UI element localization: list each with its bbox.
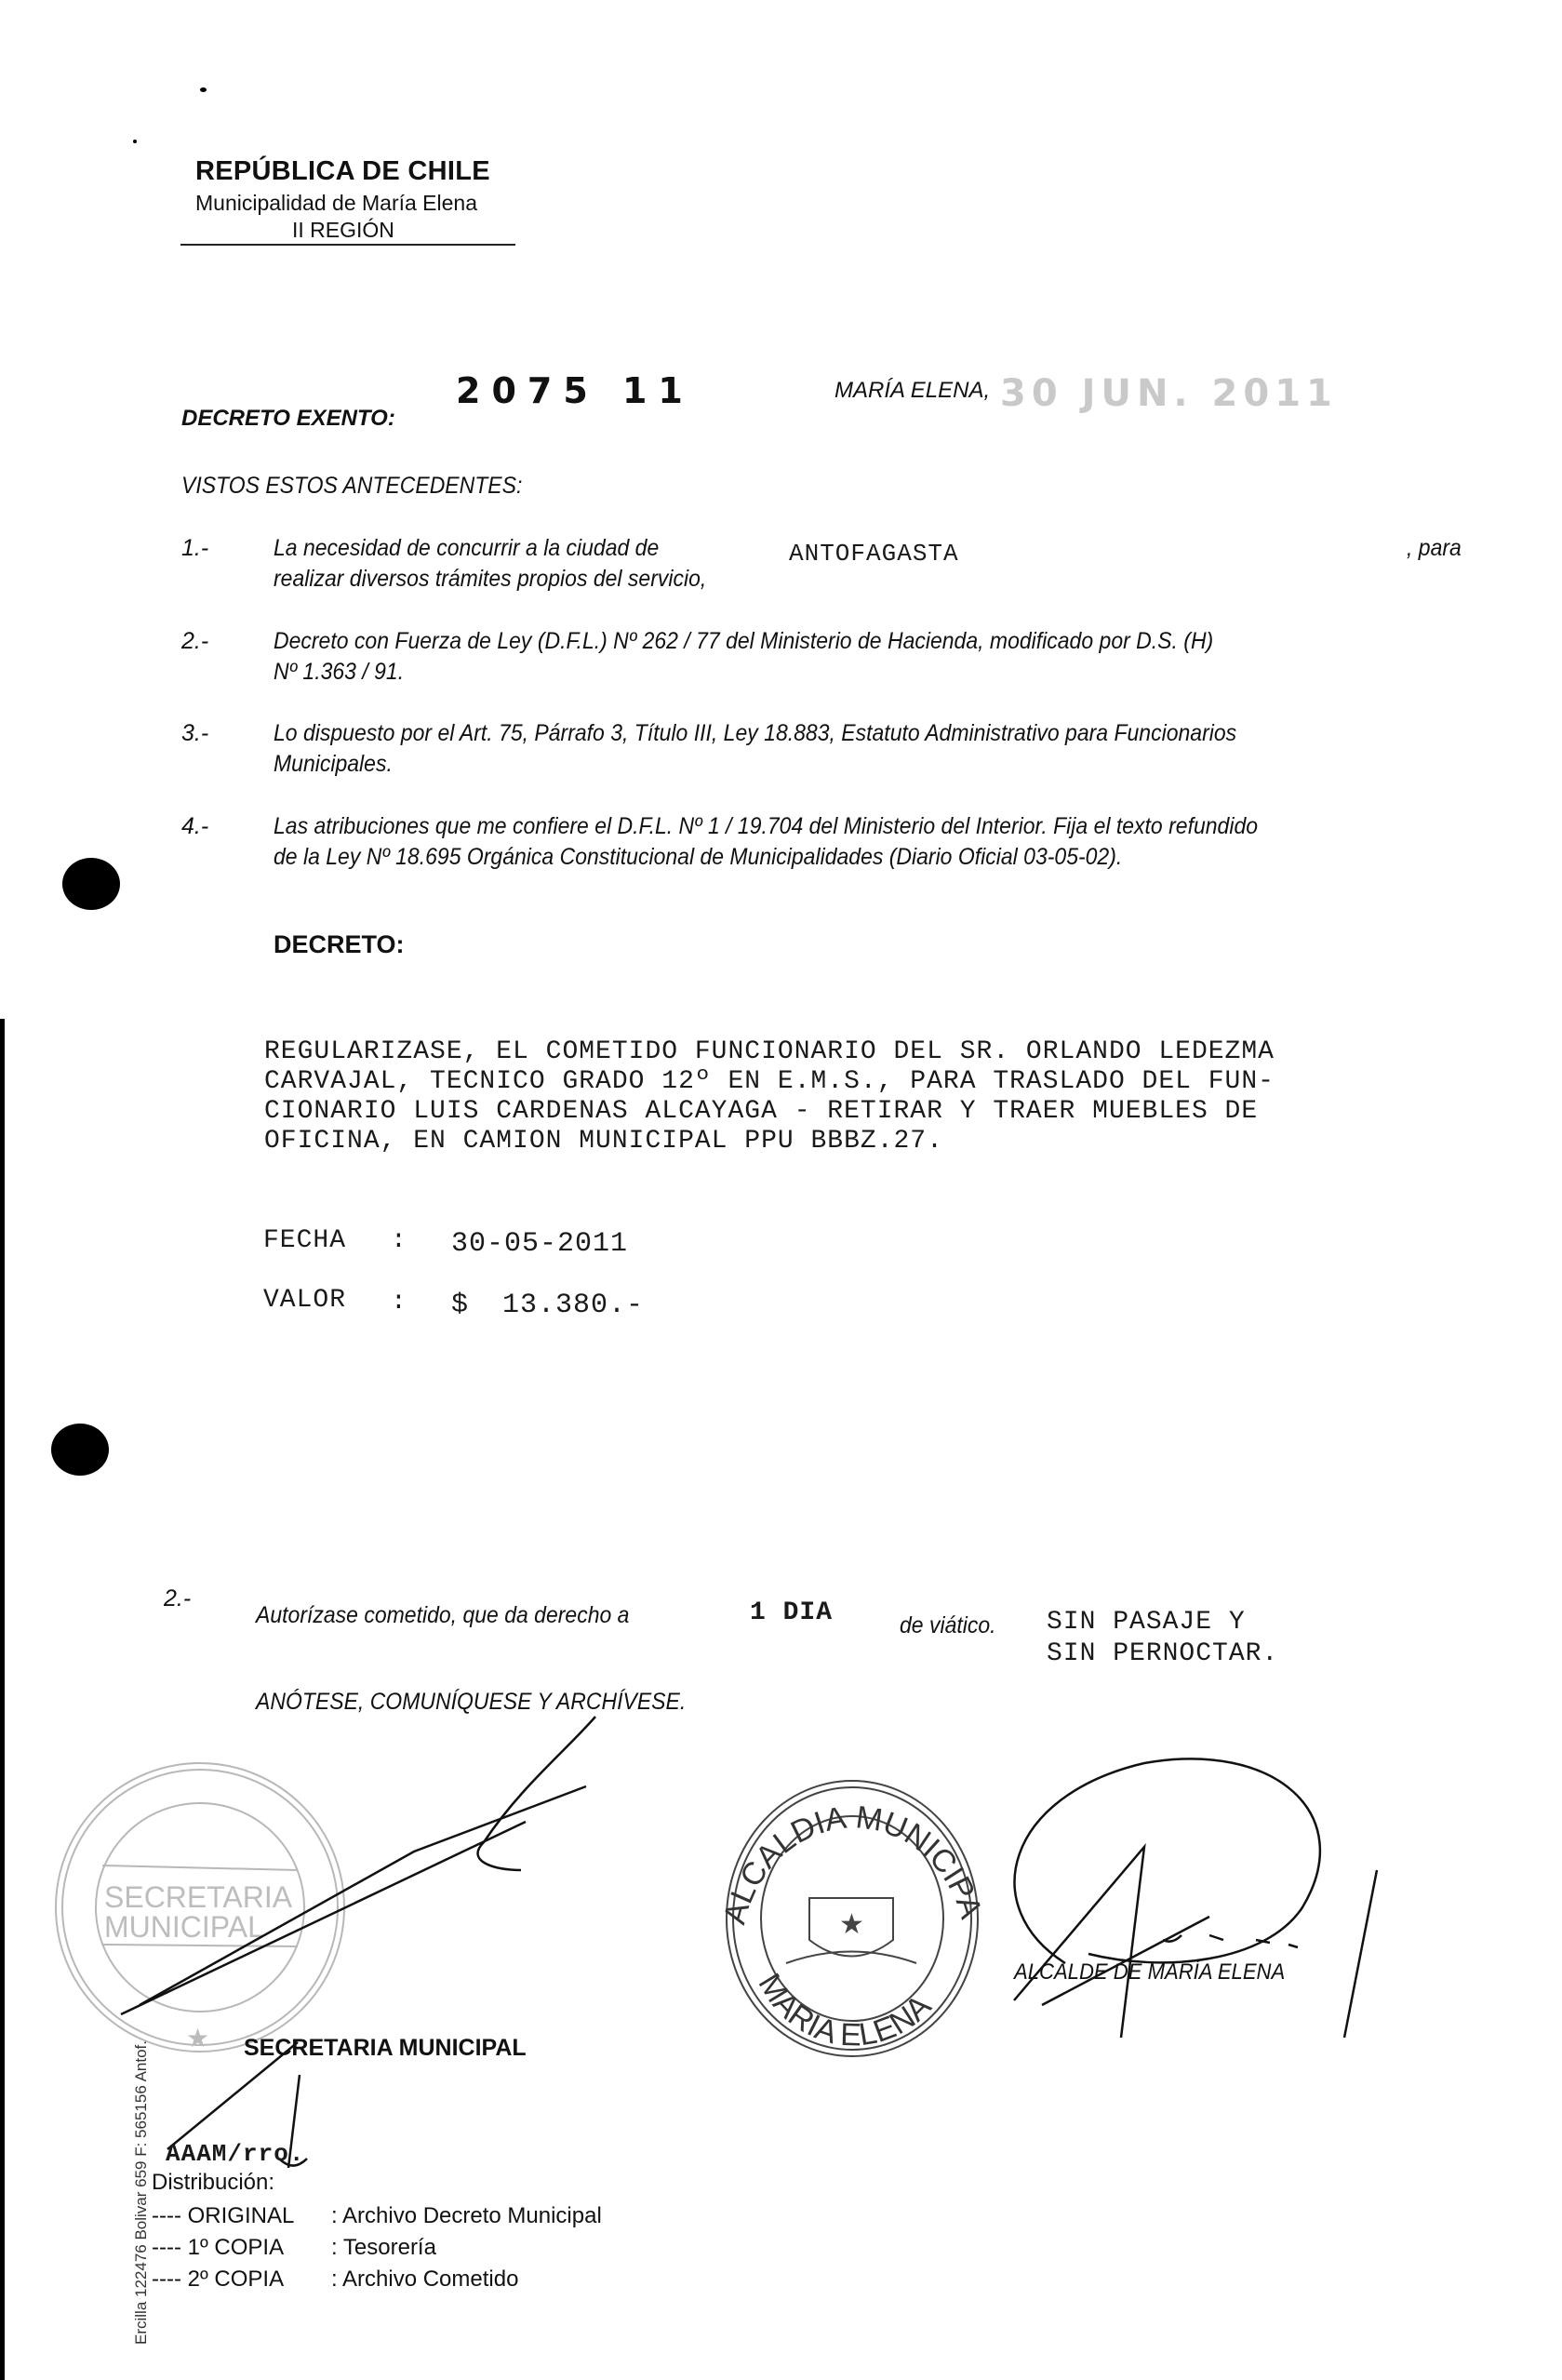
mayor-signature [1014, 1758, 1377, 2038]
distribution-copy: ---- 1º COPIA [152, 2235, 284, 2261]
distribution-destination: : Archivo Cometido [331, 2266, 518, 2293]
distribution-destination: : Archivo Decreto Municipal [331, 2203, 602, 2229]
distribution-destination: : Tesorería [331, 2235, 436, 2261]
printer-imprint: Ercilla 122476 Bolivar 659 F: 565156 Ant… [132, 2040, 151, 2345]
mayor-title: ALCALDE DE MARÍA ELENA [1014, 1959, 1285, 1986]
secretary-title: SECRETARIA MUNICIPAL [244, 2035, 527, 2062]
secretary-seal-center: SECRETARIA [104, 1880, 293, 1914]
seals-and-signatures: SECRETARIA MUNICIPAL ★ ★ ALCALDIA MUNICI… [0, 0, 1562, 2380]
secretary-seal-center: MUNICIPAL [104, 1910, 264, 1944]
distribution-copy: ---- ORIGINAL [152, 2203, 294, 2229]
distribution-heading: Distribución: [152, 2170, 274, 2196]
distribution-copy: ---- 2º COPIA [152, 2266, 284, 2293]
reference-initials: AAAM/rro. [166, 2140, 304, 2168]
svg-text:★: ★ [839, 1909, 864, 1940]
svg-text:ALCALDIA MUNICIPAL: ALCALDIA MUNICIPAL [0, 0, 989, 1928]
svg-text:★: ★ [186, 2024, 209, 2052]
